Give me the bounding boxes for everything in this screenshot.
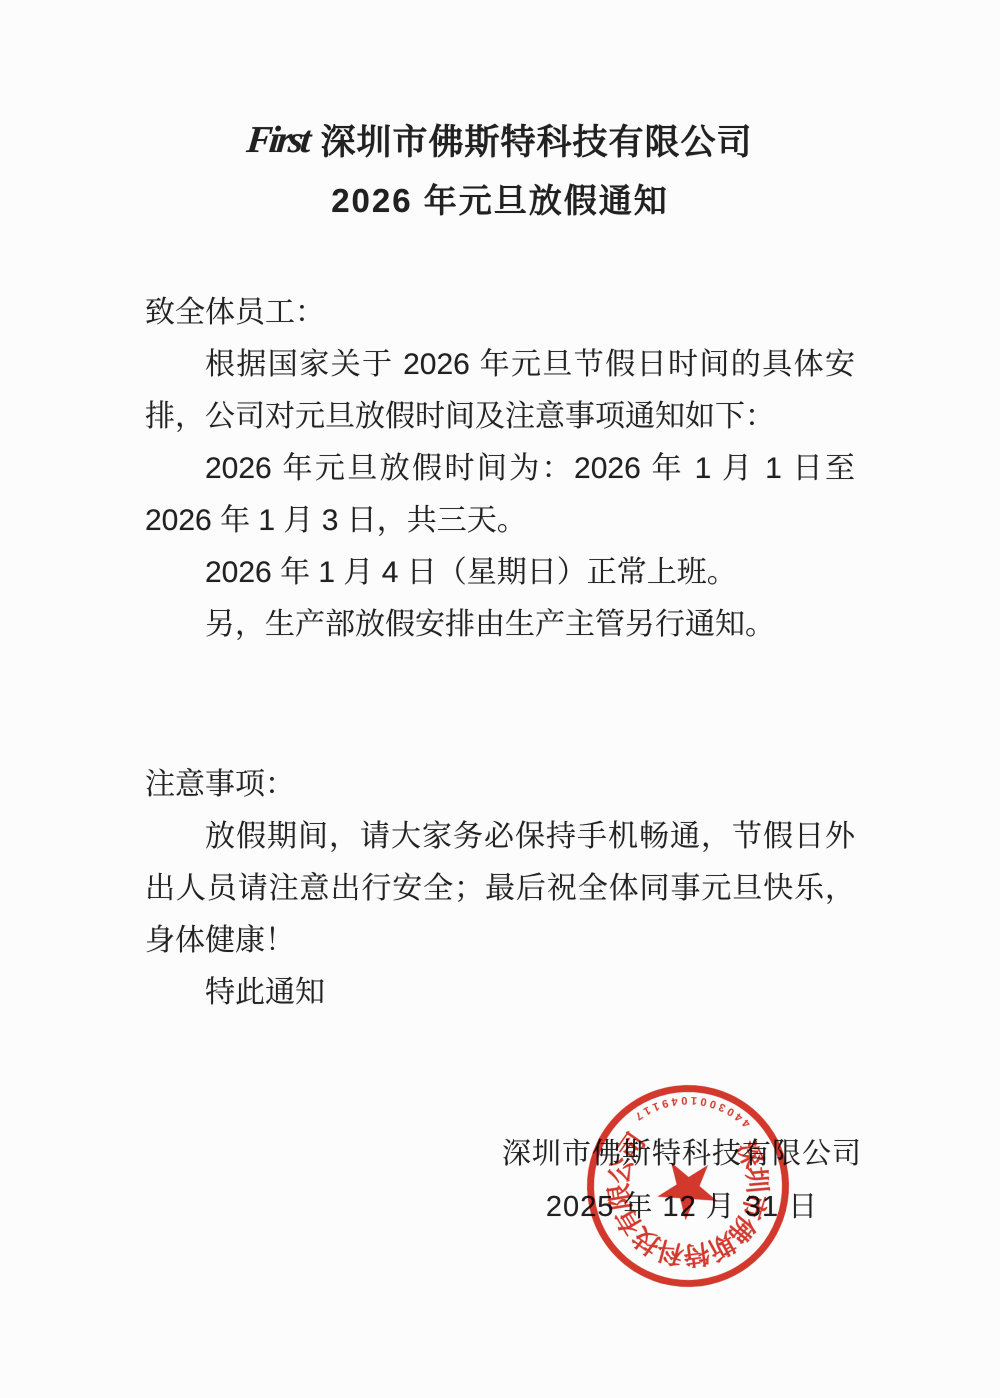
paragraph: 放假期间，请大家务必保持手机畅通，节假日外出人员请注意出行安全；最后祝全体同事元… (145, 811, 855, 967)
notice-title: 2026 年元旦放假通知 (0, 181, 1000, 221)
company-name: 深圳市佛斯特科技有限公司 (321, 123, 753, 162)
document-page: First深圳市佛斯特科技有限公司 2026 年元旦放假通知 致全体员工： 根据… (0, 0, 1000, 1398)
star-icon: ★ (650, 1149, 725, 1232)
company-title-line: First深圳市佛斯特科技有限公司 (0, 120, 1000, 165)
first-logo: First (245, 118, 311, 162)
body-paragraphs: 根据国家关于 2026 年元旦节假日时间的具体安排，公司对元旦放假时间及注意事项… (145, 339, 855, 651)
paragraph: 特此通知 (145, 967, 855, 1019)
notes-heading: 注意事项： (145, 759, 855, 811)
paragraph: 2026 年 1 月 4 日（星期日）正常上班。 (145, 547, 855, 599)
notes-paragraphs: 放假期间，请大家务必保持手机畅通，节假日外出人员请注意出行安全；最后祝全体同事元… (145, 811, 855, 1019)
salutation: 致全体员工： (145, 287, 855, 339)
paragraph: 2026 年元旦放假时间为：2026 年 1 月 1 日至 2026 年 1 月… (145, 443, 855, 547)
company-seal: 深圳市佛斯特科技有限公司 4403001049117 ★ (577, 1075, 799, 1297)
paragraph: 根据国家关于 2026 年元旦节假日时间的具体安排，公司对元旦放假时间及注意事项… (145, 339, 855, 443)
paragraph: 另，生产部放假安排由生产主管另行通知。 (145, 599, 855, 651)
document-header: First深圳市佛斯特科技有限公司 2026 年元旦放假通知 (0, 120, 1000, 221)
body-section: 致全体员工： 根据国家关于 2026 年元旦节假日时间的具体安排，公司对元旦放假… (145, 287, 855, 651)
notes-section: 注意事项： 放假期间，请大家务必保持手机畅通，节假日外出人员请注意出行安全；最后… (145, 759, 855, 1019)
